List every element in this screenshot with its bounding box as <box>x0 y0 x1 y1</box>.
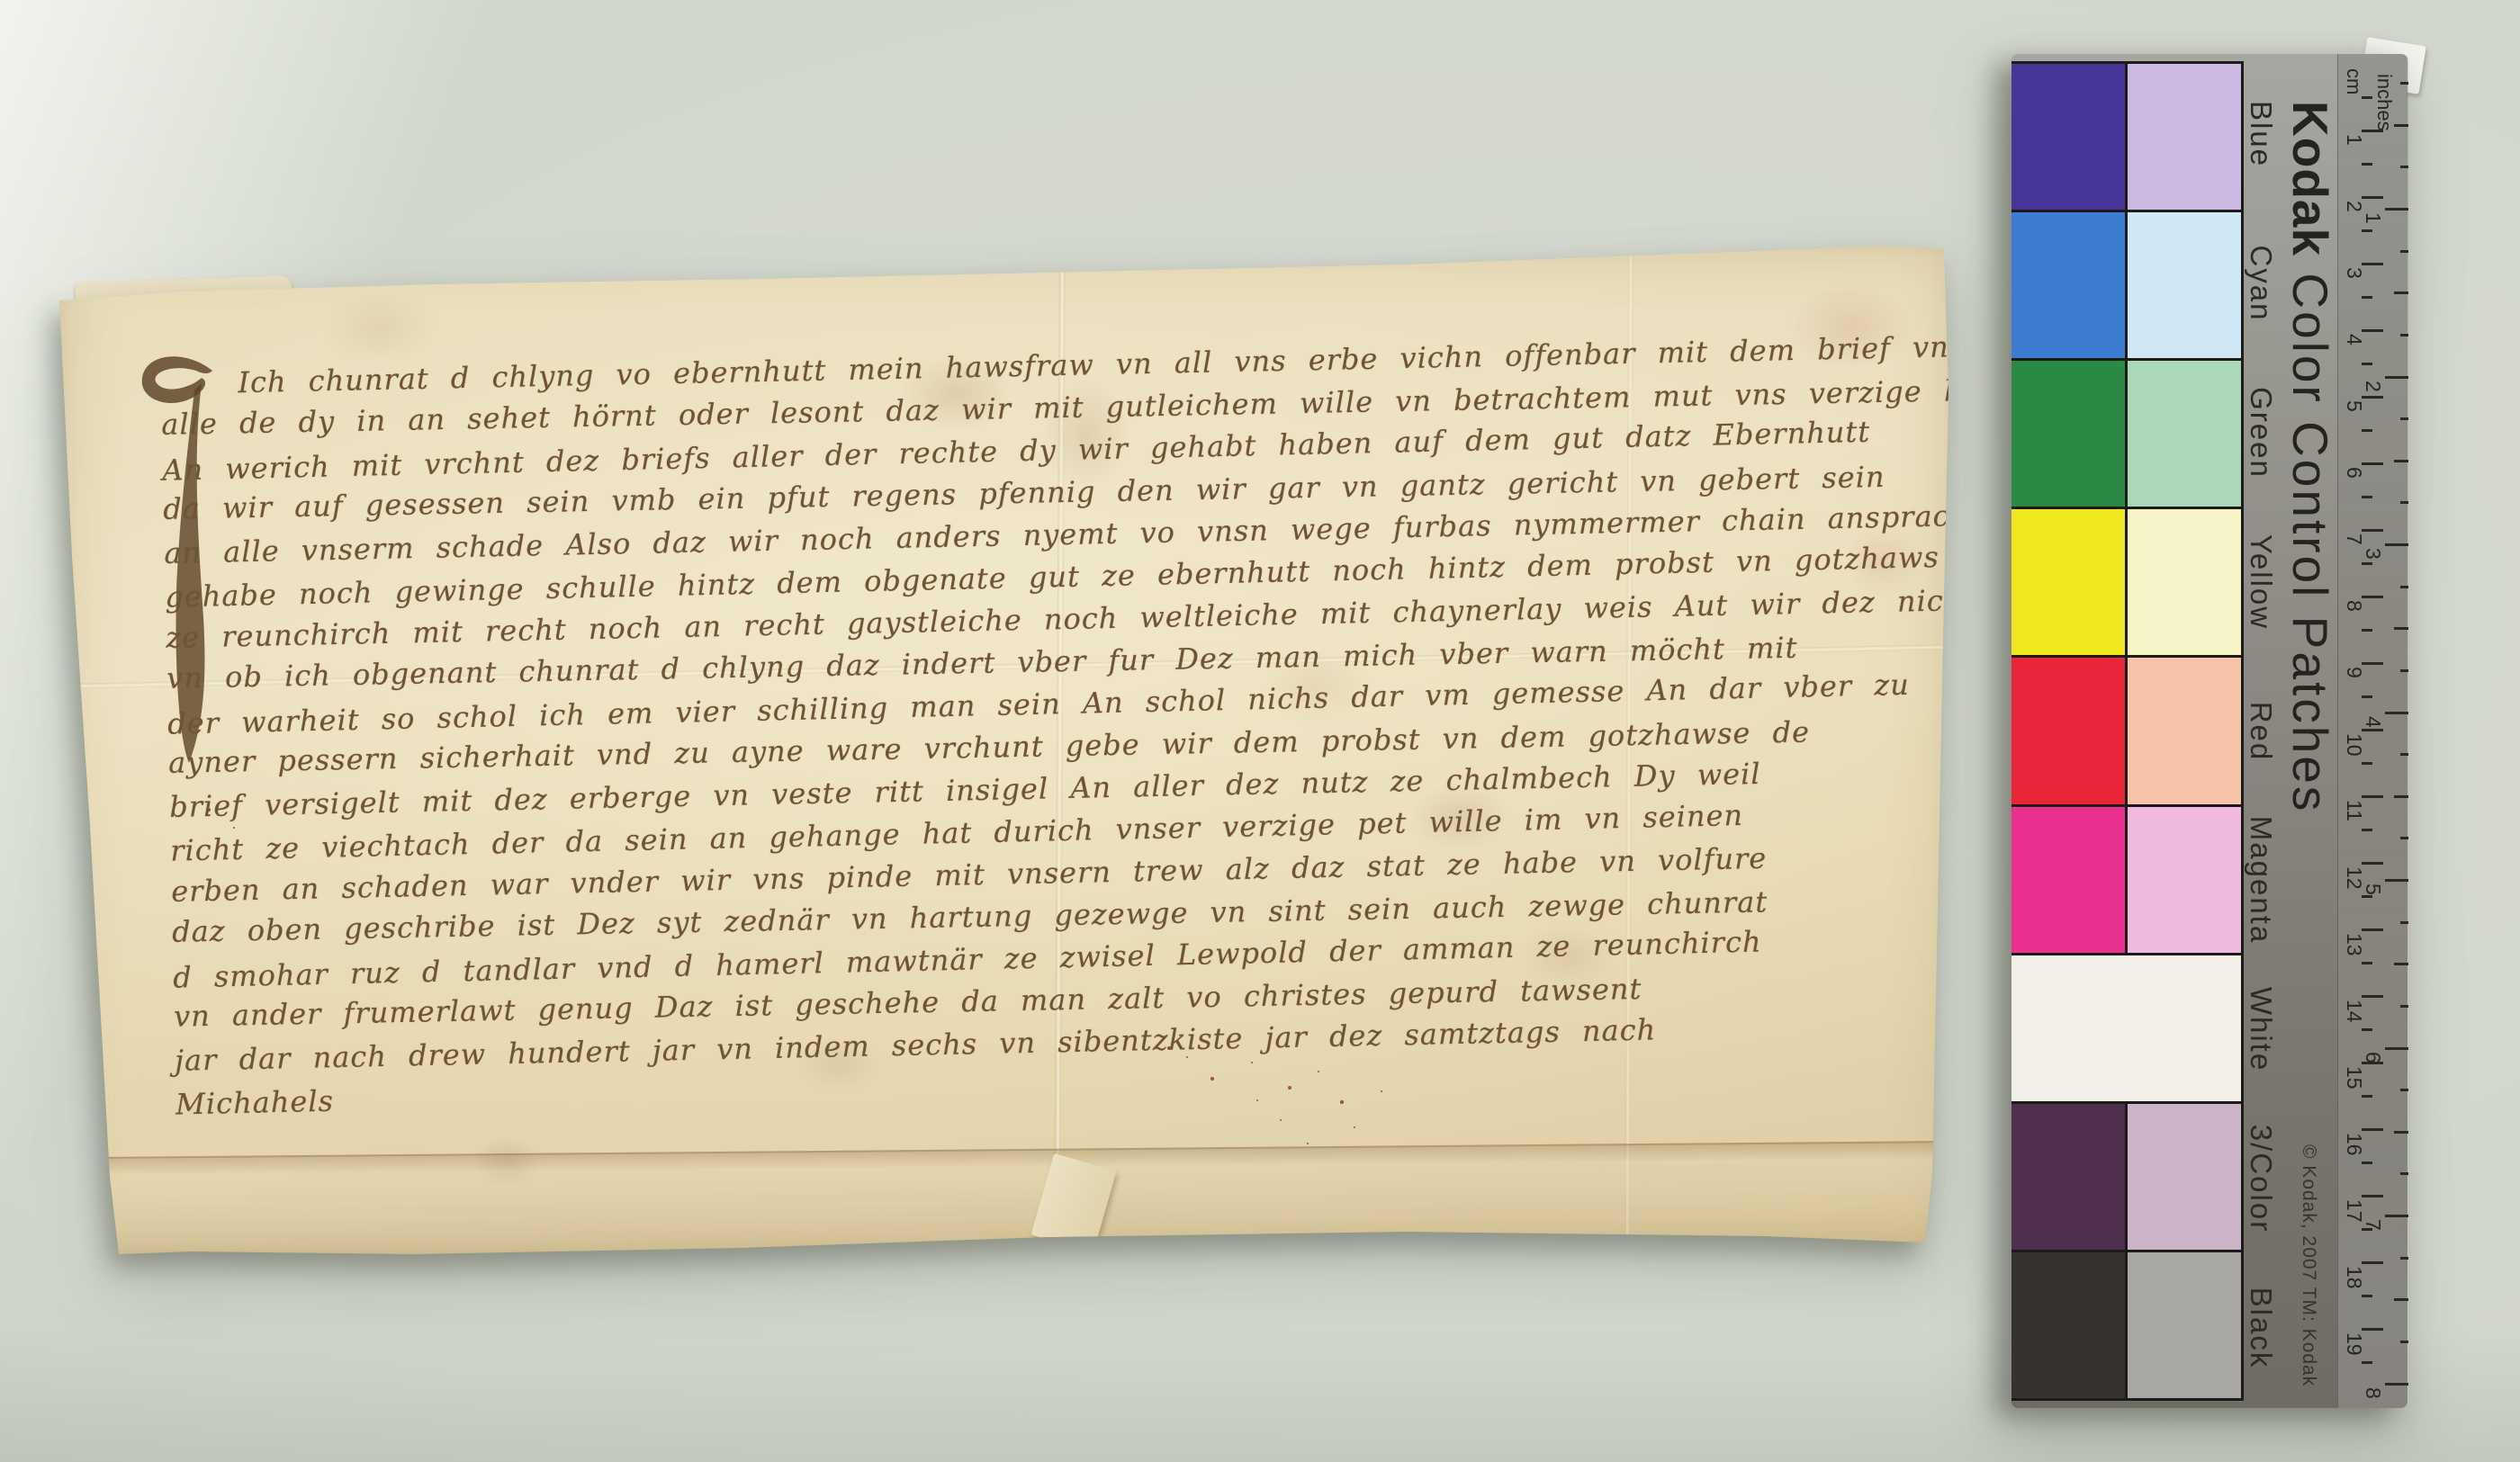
patch-black-tint <box>2128 1252 2241 1398</box>
inch-half-tick <box>2394 292 2408 294</box>
inch-tick <box>2385 376 2408 379</box>
patch-row-3/color <box>2011 1104 2241 1250</box>
cm-half-tick <box>2362 1028 2372 1031</box>
cm-number: 19 <box>2342 1332 2366 1356</box>
cm-half-tick <box>2362 429 2372 432</box>
inches-unit-label: inches <box>2372 74 2396 131</box>
cm-tick <box>2362 995 2383 998</box>
inch-quarter-tick <box>2400 921 2408 924</box>
inch-tick <box>2385 1215 2408 1217</box>
cm-tick <box>2362 329 2383 332</box>
patch-3/color-tint <box>2128 1104 2241 1250</box>
patch-label-magenta: Magenta <box>2244 816 2278 944</box>
inch-quarter-tick <box>2400 501 2408 504</box>
cm-number: 4 <box>2342 334 2366 345</box>
patch-yellow-solid <box>2011 509 2125 655</box>
cm-tick <box>2362 862 2383 865</box>
cm-half-tick <box>2362 363 2372 365</box>
cm-number: 6 <box>2342 467 2366 479</box>
inch-half-tick <box>2394 124 2408 127</box>
inch-quarter-tick <box>2400 1257 2408 1260</box>
patch-red-tint <box>2128 658 2241 803</box>
patch-3/color-solid <box>2011 1104 2125 1250</box>
inch-half-tick <box>2394 1298 2408 1301</box>
cm-half-tick <box>2362 829 2372 831</box>
cm-half-tick <box>2362 629 2372 632</box>
inch-tick <box>2385 208 2408 211</box>
inch-tick <box>2385 1383 2408 1386</box>
cm-half-tick <box>2362 163 2372 166</box>
cm-tick <box>2362 928 2383 931</box>
kodak-color-control-strip: Kodak Color Control Patches © Kodak, 200… <box>2011 54 2407 1408</box>
patch-cyan-tint <box>2128 212 2241 358</box>
cm-number: 14 <box>2342 1000 2366 1023</box>
inch-quarter-tick <box>2400 837 2408 839</box>
patch-row-white <box>2011 955 2241 1101</box>
cm-half-tick <box>2362 229 2372 232</box>
inch-quarter-tick <box>2400 669 2408 672</box>
cm-half-tick <box>2362 562 2372 565</box>
cm-tick <box>2362 130 2383 132</box>
inch-quarter-tick <box>2400 82 2408 85</box>
cm-tick <box>2362 1128 2383 1131</box>
inch-number: 6 <box>2361 1052 2385 1063</box>
patch-row-yellow <box>2011 509 2241 655</box>
patch-label-black: Black <box>2244 1287 2278 1368</box>
inch-quarter-tick <box>2400 250 2408 253</box>
inch-quarter-tick <box>2400 1341 2408 1343</box>
inch-tick <box>2385 1047 2408 1050</box>
inch-number: 1 <box>2361 212 2385 224</box>
cm-tick <box>2362 462 2383 465</box>
inch-half-tick <box>2394 460 2408 462</box>
patch-white-solid <box>2011 955 2241 1101</box>
patch-label-white: White <box>2244 987 2278 1072</box>
photo-background: Ich chunrat d chlyng vo ebernhutt mein h… <box>0 0 2520 1462</box>
cm-number: 5 <box>2342 400 2366 412</box>
ruler: cm inches 123456789101112131415161718191… <box>2337 54 2408 1408</box>
patch-row-black <box>2011 1252 2241 1398</box>
inch-quarter-tick <box>2400 417 2408 420</box>
cm-half-tick <box>2362 96 2372 99</box>
inch-half-tick <box>2394 963 2408 965</box>
patch-green-tint <box>2128 361 2241 507</box>
cm-number: 13 <box>2342 933 2366 956</box>
patch-row-blue <box>2011 64 2241 210</box>
brand-name: Kodak <box>2282 101 2338 256</box>
cm-half-tick <box>2362 1162 2372 1164</box>
inch-quarter-tick <box>2400 334 2408 336</box>
inch-quarter-tick <box>2400 586 2408 588</box>
cm-number: 18 <box>2342 1266 2366 1289</box>
inch-tick <box>2385 543 2408 546</box>
cm-number: 2 <box>2342 201 2366 212</box>
patch-label-3/color: 3/Color <box>2244 1125 2278 1233</box>
inch-number: 4 <box>2361 716 2385 728</box>
cm-tick <box>2362 529 2383 532</box>
patch-blue-tint <box>2128 64 2241 210</box>
patch-yellow-tint <box>2128 509 2241 655</box>
inch-half-tick <box>2394 1131 2408 1134</box>
cm-half-tick <box>2362 1361 2372 1364</box>
cm-tick <box>2362 263 2383 265</box>
cm-tick <box>2362 662 2383 665</box>
cm-half-tick <box>2362 296 2372 299</box>
patch-label-green: Green <box>2244 387 2278 479</box>
patch-label-red: Red <box>2244 701 2278 761</box>
cm-tick <box>2362 1328 2383 1331</box>
cm-half-tick <box>2362 1095 2372 1098</box>
patch-black-solid <box>2011 1252 2125 1398</box>
inch-quarter-tick <box>2400 1089 2408 1091</box>
patch-row-green <box>2011 361 2241 507</box>
cm-tick <box>2362 795 2383 798</box>
cm-tick <box>2362 1261 2383 1264</box>
inch-quarter-tick <box>2400 166 2408 168</box>
inch-tick <box>2385 879 2408 882</box>
inch-quarter-tick <box>2400 753 2408 756</box>
strip-title: Kodak Color Control Patches <box>2281 101 2339 813</box>
cm-tick <box>2362 196 2383 199</box>
plica-fold <box>56 1141 1957 1278</box>
patch-label-yellow: Yellow <box>2244 534 2278 630</box>
cm-number: 7 <box>2342 534 2366 545</box>
patch-green-solid <box>2011 361 2125 507</box>
patch-red-solid <box>2011 658 2125 803</box>
parchment: Ich chunrat d chlyng vo ebernhutt mein h… <box>56 241 1957 1260</box>
cm-number: 8 <box>2342 600 2366 612</box>
cm-number: 9 <box>2342 667 2366 678</box>
inch-number: 8 <box>2361 1387 2385 1399</box>
cm-tick <box>2362 596 2383 598</box>
color-patch-grid <box>2011 61 2244 1401</box>
inch-quarter-tick <box>2400 1172 2408 1175</box>
inch-quarter-tick <box>2400 1005 2408 1008</box>
inch-half-tick <box>2394 627 2408 630</box>
patch-row-cyan <box>2011 212 2241 358</box>
cm-number: 11 <box>2342 800 2366 821</box>
cm-half-tick <box>2362 895 2372 898</box>
cm-half-tick <box>2362 695 2372 698</box>
cm-number: 3 <box>2342 267 2366 279</box>
patch-cyan-solid <box>2011 212 2125 358</box>
inch-number: 7 <box>2361 1219 2385 1231</box>
copyright-text: © Kodak, 2007 TM: Kodak <box>2298 1144 2319 1386</box>
cm-number: 16 <box>2342 1133 2366 1156</box>
cm-tick <box>2362 396 2383 399</box>
cm-unit-label: cm <box>2342 68 2365 94</box>
patch-blue-solid <box>2011 64 2125 210</box>
manuscript-text: Ich chunrat d chlyng vo ebernhutt mein h… <box>160 330 1957 1128</box>
patch-magenta-tint <box>2128 807 2241 953</box>
cm-tick <box>2362 1195 2383 1197</box>
cm-number: 1 <box>2342 134 2366 146</box>
inch-tick <box>2385 712 2408 714</box>
inch-number: 2 <box>2361 381 2385 392</box>
patch-label-cyan: Cyan <box>2244 246 2278 322</box>
strip-title-rest: Color Control Patches <box>2282 273 2338 813</box>
cm-half-tick <box>2362 496 2372 498</box>
inch-number: 5 <box>2361 883 2385 895</box>
cm-number: 15 <box>2342 1066 2366 1090</box>
inch-half-tick <box>2394 795 2408 798</box>
inch-number: 3 <box>2361 548 2385 560</box>
patch-label-blue: Blue <box>2244 101 2278 167</box>
patch-magenta-solid <box>2011 807 2125 953</box>
cm-half-tick <box>2362 1295 2372 1297</box>
cm-half-tick <box>2362 962 2372 964</box>
cm-number: 10 <box>2342 733 2366 757</box>
cm-tick <box>2362 729 2383 731</box>
cm-half-tick <box>2362 762 2372 765</box>
patch-row-red <box>2011 658 2241 803</box>
patch-row-magenta <box>2011 807 2241 953</box>
